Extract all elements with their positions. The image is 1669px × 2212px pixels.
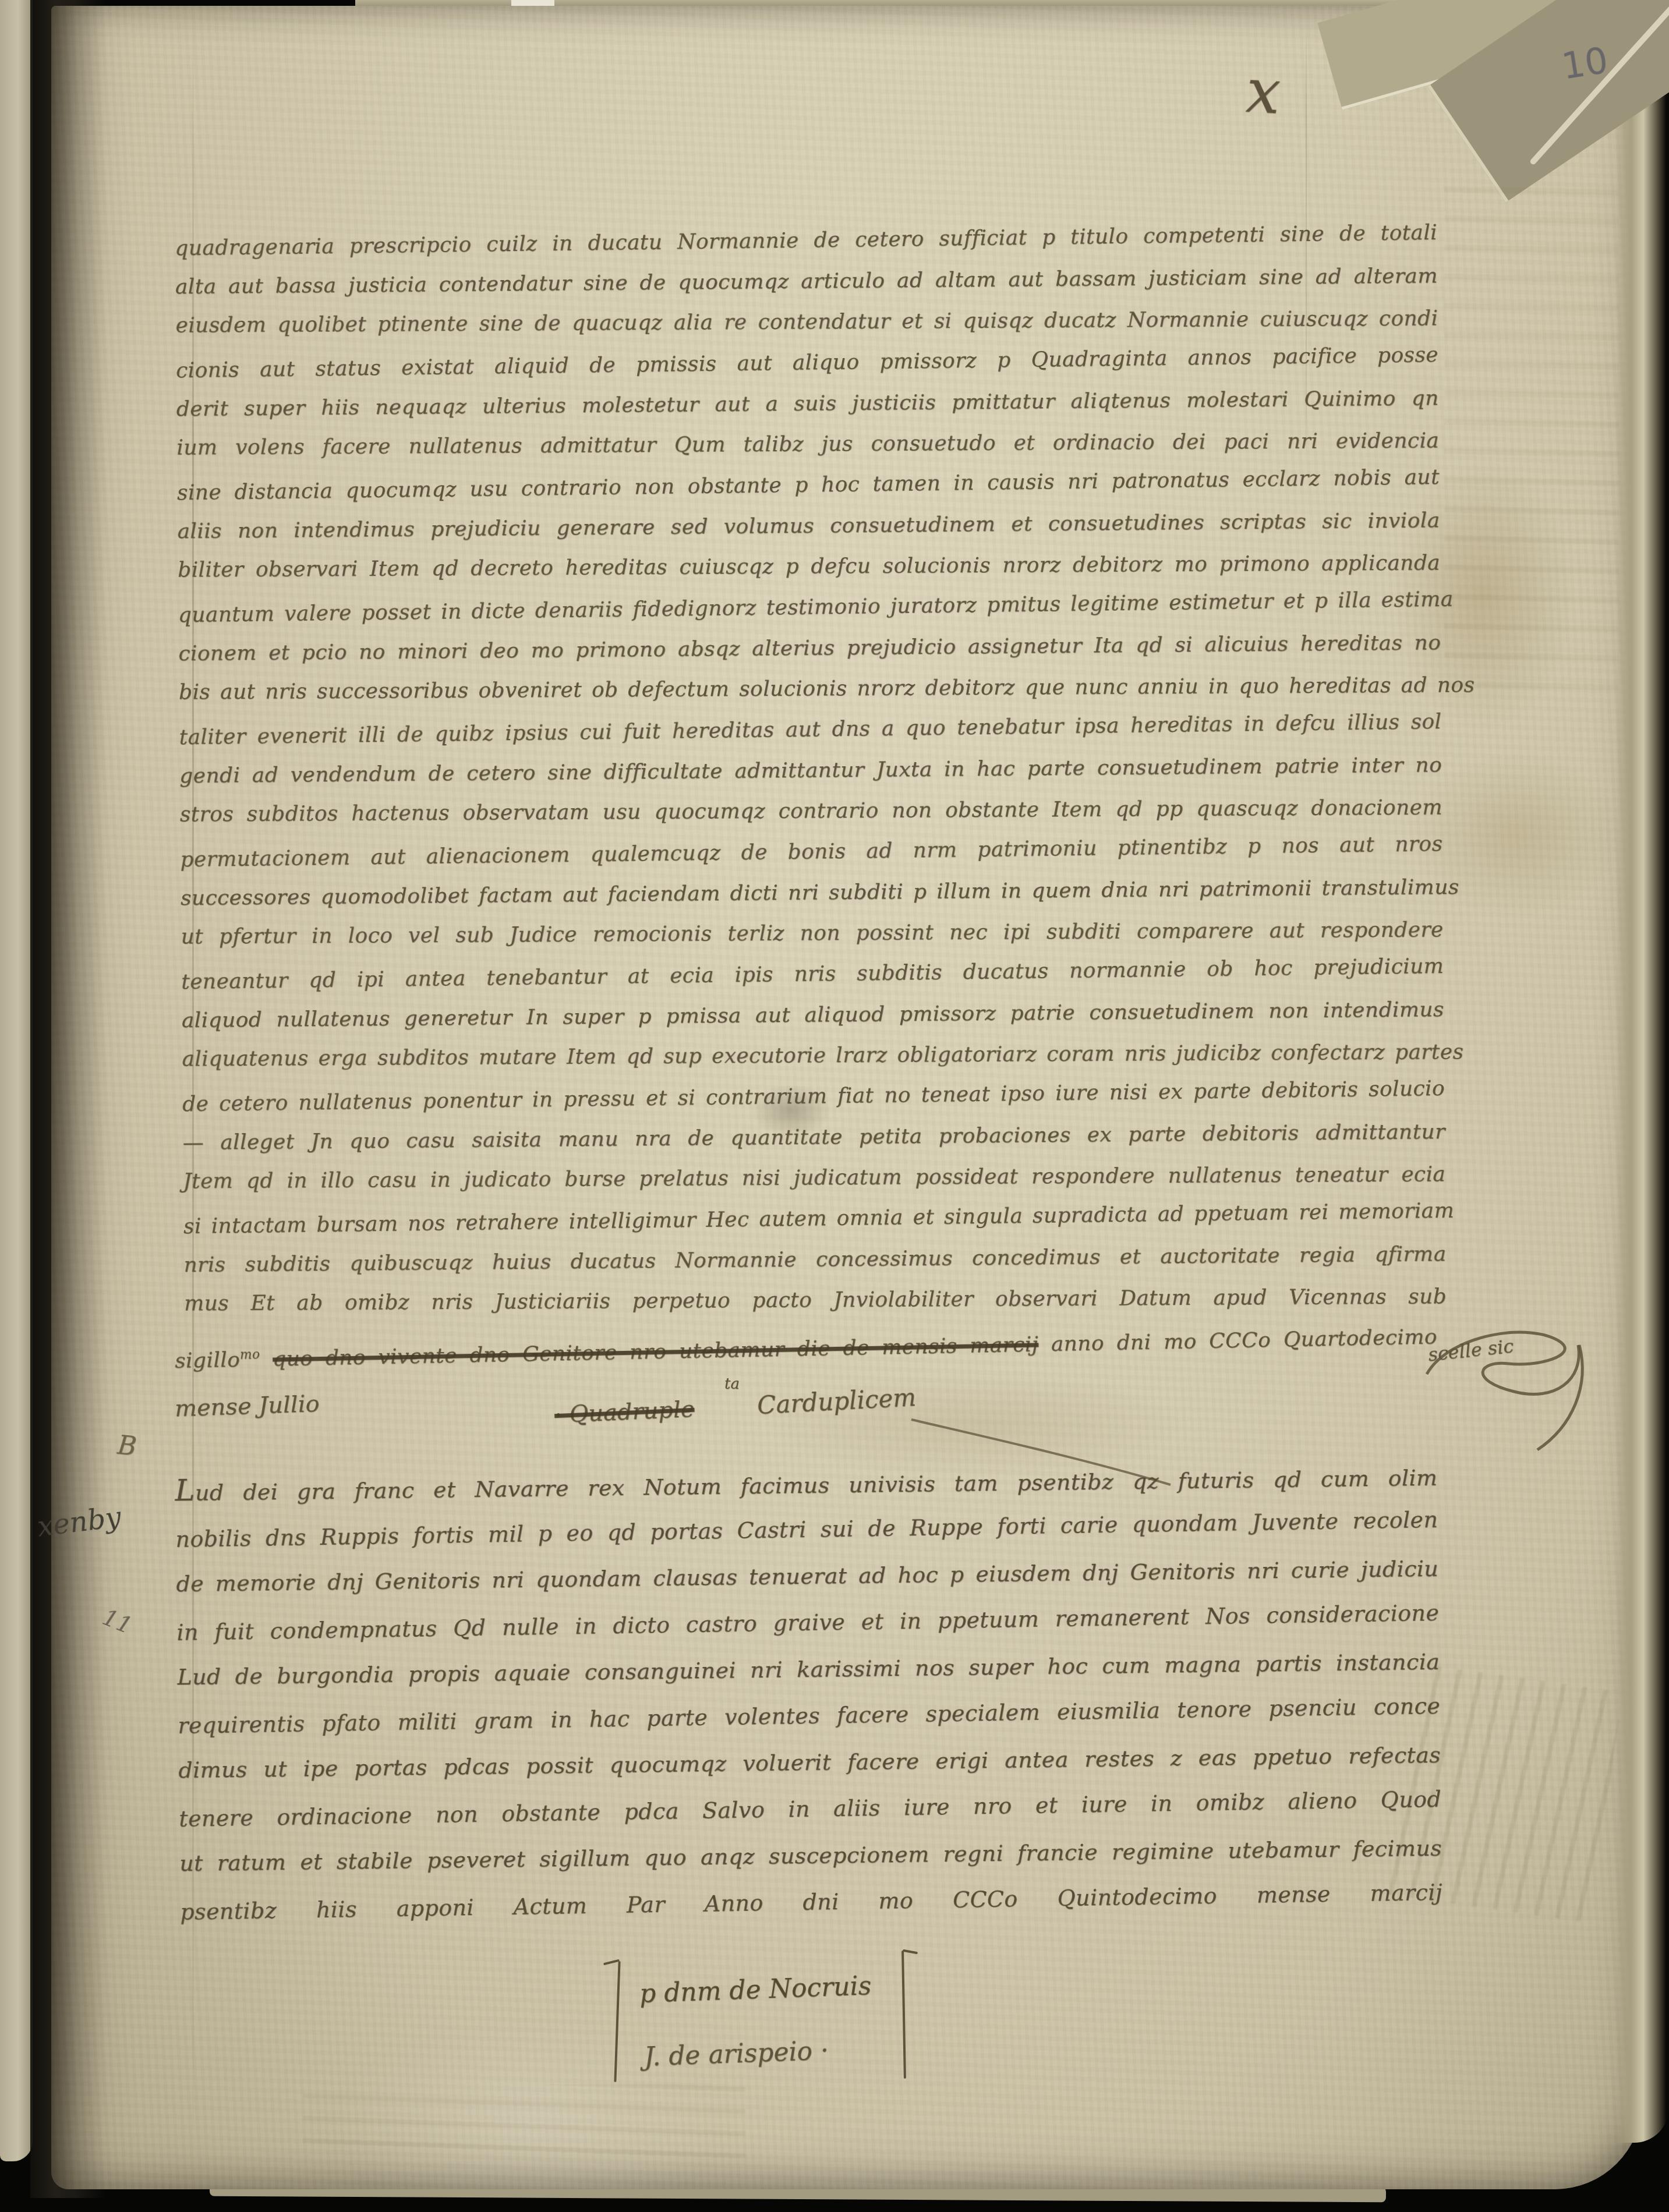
seal-note-flourish-icon — [1415, 1310, 1607, 1461]
dating-superscript: mo — [240, 1347, 260, 1362]
right-page-stack — [1615, 70, 1669, 2143]
facing-leaf-edge — [0, 0, 33, 2161]
ink-showthrough — [1444, 186, 1619, 710]
correction-superscript: ta — [724, 1375, 740, 1393]
ink-showthrough — [303, 2084, 745, 2160]
folio-number: 10 — [1559, 38, 1611, 87]
month-line: mense Jullio — [174, 1390, 320, 1422]
manuscript-photo: 10 x quadragenaria prescripcio cuilz in … — [0, 0, 1669, 2212]
text-line: mus Et ab omibz nris Justiciariis perpet… — [184, 1276, 1447, 1324]
margin-note-b: B — [116, 1430, 137, 1461]
quire-mark: x — [1244, 55, 1282, 128]
dating-prefix: sigillo — [175, 1348, 241, 1373]
charter-one-text: quadragenaria prescripcio cuilz in ducat… — [175, 215, 1447, 1326]
charter-two-text: Lud dei gra franc et Navarre rex Notum f… — [175, 1452, 1443, 1933]
